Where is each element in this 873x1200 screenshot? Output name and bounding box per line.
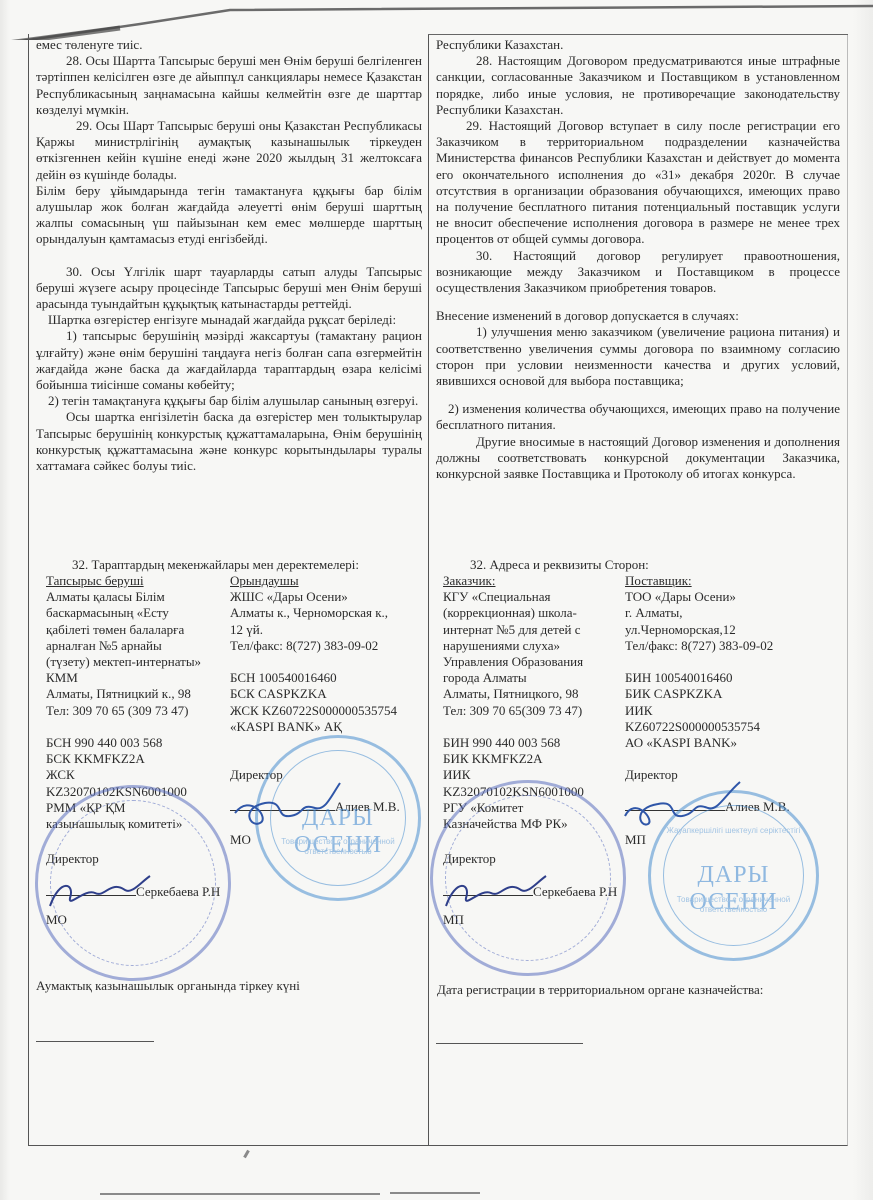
amendment-2-kz: 2) тегін тамақтануға құқығы бар білім ал… [36,393,422,409]
customer-heading-kz: Тапсырыс беруші [46,573,201,589]
kazakh-column: емес төленуге тиіс. 28. Осы Шартта Тапсы… [36,37,422,474]
column-divider [428,34,429,1146]
scan-edge-left [0,0,10,1200]
signatory-name: Серкебаева Р.Н [136,884,220,899]
requisite-line: КГУ «Специальная [443,589,584,605]
requisite-line: ЖСК [46,767,201,783]
clause-30-ru: 30. Настоящий договор регулирует правоот… [436,248,840,297]
requisite-line: Тел: 309 70 65 (309 73 47) [46,703,201,719]
requisite-line: БИН 100540016460 [625,670,773,686]
clause-29-kz: 29. Осы Шарт Тапсырыс беруші оны Қазакст… [36,118,422,183]
registration-label-kz: Аумактық казынашылык органында тіркеу кү… [36,978,300,994]
clause-28-kz: 28. Осы Шартта Тапсырыс беруші мен Өнім … [36,53,422,118]
requisite-line [46,719,201,735]
requisite-line: ЖШС «Дары Осени» [230,589,397,605]
table-top-border [428,34,848,35]
requisite-line: БИК CASPKZKA [625,686,773,702]
requisite-line: интернат №5 для детей с [443,622,584,638]
requisite-line: ул.Черноморская,12 [625,622,773,638]
supplier-requisites-ru: Поставщик: ТОО «Дары Осени»г. Алматы,ул.… [625,573,773,751]
requisite-line: Тел: 309 70 65(309 73 47) [443,703,584,719]
director-label: Директор [230,767,283,783]
requisite-line: KZ32070102KSN6001000 [46,784,201,800]
requisite-line: Управления Образования [443,654,584,670]
scan-artifact [390,1192,480,1194]
requisite-line: БСН 100540016460 [230,670,397,686]
clause-continuation-ru: Республики Казахстан. [436,37,840,53]
customer-requisites-kz: Тапсырыс беруші Алматы қаласы Білімбаска… [46,573,201,832]
requisite-line: АО «KASPI BANK» [625,735,773,751]
registration-date-blank-ru [436,1043,583,1044]
supplier-heading-kz: Орындаушы [230,573,397,589]
requisite-line: (түзету) мектеп-интернаты» [46,654,201,670]
supplier-seal-kz: МО [230,832,251,848]
requisite-line: (коррекционная) школа- [443,605,584,621]
customer-requisites-ru: Заказчик: КГУ «Специальная(коррекционная… [443,573,584,832]
requisite-line: РММ «ҚР ҚМ [46,800,201,816]
requisite-line: ЖСК KZ60722S000000535754 [230,703,397,719]
requisite-line: Алматы қаласы Білім [46,589,201,605]
supplier-signature-ru: Алиев М.В. [625,798,790,815]
requisite-line: БИН 990 440 003 568 [443,735,584,751]
clause-29-security-kz: Білім беру ұйымдарында тегін тамактануға… [36,183,422,248]
customer-signature-kz: Серкебаева Р.Н [46,883,220,900]
requisite-line: нарушениями слуха» [443,638,584,654]
amendments-other-ru: Другие вносимые в настоящий Договор изме… [436,434,840,483]
customer-director-kz: Директор [46,851,99,867]
supplier-director-ru: Директор [625,767,678,783]
requisite-line: Алматы, Пятницкого, 98 [443,686,584,702]
requisite-line: казынашылық комитеті» [46,816,201,832]
customer-director-ru: Директор [443,851,496,867]
requisite-line: ИИК [443,767,584,783]
customer-seal-kz: МО [46,912,67,928]
russian-column: Республики Казахстан. 28. Настоящим Дого… [436,37,840,482]
requisite-line [230,654,397,670]
requisite-line: Казначейства МФ РК» [443,816,584,832]
amendments-intro-kz: Шартка өзгерістер енгізуге мынадай жағда… [36,312,422,328]
supplier-signature-kz: Алиев М.В. [230,798,400,815]
requisite-line: Тел/факс: 8(727) 383-09-02 [625,638,773,654]
requisite-line [443,719,584,735]
clause-29-ru: 29. Настоящий Договор вступает в силу по… [436,118,840,248]
supplier-requisites-kz: Орындаушы ЖШС «Дары Осени»Алматы к., Чер… [230,573,397,735]
requisite-line: Алматы к., Черноморская к., [230,605,397,621]
requisite-line: КММ [46,670,201,686]
supplier-director-kz: Директор [230,767,283,783]
registration-label-ru: Дата регистрации в территориальном орган… [437,982,763,998]
director-label: Директор [46,851,99,867]
amendments-other-kz: Осы шартка енгізілетін баска да өзгеріст… [36,409,422,474]
requisite-line: БИК KKMFKZ2A [443,751,584,767]
requisite-line: қабілеті төмен балаларға [46,622,201,638]
clause-28-ru: 28. Настоящим Договором предусматриваютс… [436,53,840,118]
requisite-line: БСК KKMFKZ2A [46,751,201,767]
scan-artifact [100,1193,380,1195]
director-label: Директор [443,851,496,867]
amendment-2-ru: 2) изменения количества обучающихся, име… [436,401,840,433]
requisite-line: РГУ «Комитет [443,800,584,816]
requisites-title-ru: 32. Адреса и реквизиты Сторон: [470,557,649,573]
requisite-line: БСН 990 440 003 568 [46,735,201,751]
requisite-line: KZ32070102KSN6001000 [443,784,584,800]
requisite-line: БСК CASPKZKA [230,686,397,702]
supplier-heading-ru: Поставщик: [625,573,773,589]
customer-signature-ru: Серкебаева Р.Н [443,883,617,900]
requisite-line: г. Алматы, [625,605,773,621]
requisite-line: KZ60722S000000535754 [625,719,773,735]
requisites-title-kz: 32. Тараптардың мекенжайлары мен деректе… [72,557,359,573]
requisite-line: баскармасының «Есту [46,605,201,621]
registration-date-blank-kz [36,1041,154,1042]
requisite-line: 12 үй. [230,622,397,638]
amendment-1-ru: 1) улучшения меню заказчиком (увеличение… [436,324,840,389]
requisite-line: арналған №5 арнайы [46,638,201,654]
amendments-intro-ru: Внесение изменений в договор допускается… [436,308,840,324]
requisite-line: Тел/факс: 8(727) 383-09-02 [230,638,397,654]
customer-seal-ru: МП [443,912,464,928]
scan-artifact [243,1150,250,1158]
scan-edge-right [853,0,873,1200]
signatory-name: Алиев М.В. [725,799,790,814]
requisite-line [625,654,773,670]
requisite-line: Алматы, Пятницкий к., 98 [46,686,201,702]
requisite-line: ИИК [625,703,773,719]
supplier-seal-ru: МП [625,832,646,848]
customer-heading-ru: Заказчик: [443,573,584,589]
requisite-line: «KASPI BANK» АҚ [230,719,397,735]
requisite-line: города Алматы [443,670,584,686]
director-label: Директор [625,767,678,783]
requisite-line: ТОО «Дары Осени» [625,589,773,605]
amendment-1-kz: 1) тапсырыс берушінің мәзірді жаксартуы … [36,328,422,393]
signatory-name: Алиев М.В. [335,799,400,814]
clause-30-kz: 30. Осы Үлгілік шарт тауарларды сатып ал… [36,264,422,313]
signatory-name: Серкебаева Р.Н [533,884,617,899]
clause-continuation: емес төленуге тиіс. [36,37,422,53]
